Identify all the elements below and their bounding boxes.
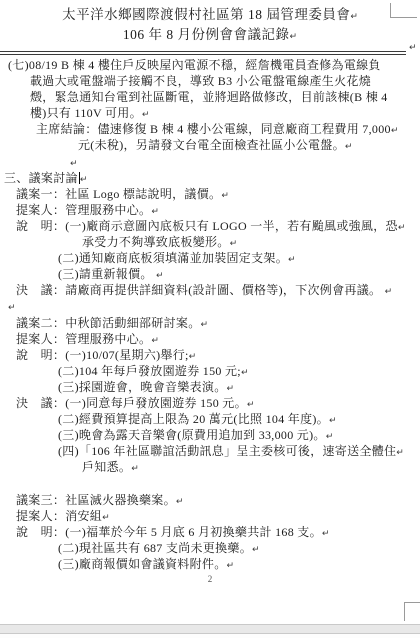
line-text: 三、議案討論 (4, 171, 78, 185)
document-line[interactable]: 戶知悉。↵ (0, 459, 420, 475)
paragraph-mark-icon: ↵ (350, 12, 358, 22)
paragraph-mark-icon: ↵ (396, 448, 404, 458)
line-text: 說 明：(一)福華於今年 5 月底 6 月初換藥共計 168 支。 (16, 525, 322, 539)
paragraph-mark-icon: ↵ (70, 159, 78, 169)
document-line[interactable]: (七)08/19 B 棟 4 樓住戶反映屋內電源不穩，經詹機電員查修為電線負 (0, 57, 420, 73)
document-line[interactable]: 議案一：社區 Logo 標誌說明，議價。↵ (0, 186, 420, 202)
document-title-block: 太平洋水鄉國際渡假村社區第 18 屆管理委員會↵ 106 年 8 月份例會會議記… (0, 6, 420, 46)
paragraph-mark-icon: ↵ (176, 497, 184, 507)
line-text: (二)通知廠商底板須填滿並加裝固定支架。 (58, 251, 288, 265)
paragraph-mark-icon: ↵ (151, 336, 159, 346)
document-line[interactable]: 議案二：中秋節活動細部研討案。↵ (0, 315, 420, 331)
paragraph-mark-icon: ↵ (322, 529, 330, 539)
paragraph-mark-icon: ↵ (345, 142, 353, 152)
document-line[interactable] (0, 475, 420, 491)
document-line[interactable]: 說 明：(一)廠商示意圖內底板只有 LOGO 一半，若有颱風或強風，恐↵ (0, 218, 420, 234)
document-page[interactable]: 太平洋水鄉國際渡假村社區第 18 屆管理委員會↵ 106 年 8 月份例會會議記… (0, 0, 420, 624)
document-line[interactable]: (二)經費預算提高上限為 20 萬元(比照 104 年度)。↵ (0, 411, 420, 427)
line-text: 議案二：中秋節活動細部研討案。 (16, 316, 201, 330)
document-line[interactable]: 元(未稅)，另請發文台電全面檢查社區小公電盤。↵ (0, 137, 420, 153)
document-line[interactable]: (三)廠商報價如會議資料附件。↵ (0, 556, 420, 572)
line-text: 承受力不夠導致底板變形。 (82, 235, 230, 249)
paragraph-mark-icon: ↵ (227, 384, 235, 394)
page-number: 2 (0, 574, 420, 584)
line-text: 元(未稅)，另請發文台電全面檢查社區小公電盤。 (78, 138, 345, 152)
document-title-line-1[interactable]: 太平洋水鄉國際渡假村社區第 18 屆管理委員會↵ (0, 6, 420, 26)
document-line[interactable]: 提案人：消安組↵ (0, 508, 420, 524)
document-line[interactable]: (三)晚會為露天音樂會(原費用追加到 33,000 元)。↵ (0, 427, 420, 443)
line-text: (三)晚會為露天音樂會(原費用追加到 33,000 元)。 (58, 428, 326, 442)
line-text: 燬，緊急通知台電到社區斷電，並將迴路做修改，目前該棟(B 棟 4 (30, 90, 388, 104)
document-line[interactable]: 說 明：(一)10/07(星期六)舉行;↵ (0, 347, 420, 363)
paragraph-mark-icon: ↵ (201, 320, 209, 330)
line-text: 樓)只有 110V 可用。 (30, 106, 142, 120)
paragraph-mark-icon: ↵ (409, 43, 417, 53)
document-line[interactable]: (三)採園遊會，晚會音樂表演。↵ (0, 379, 420, 395)
text-boundary-corner-icon (404, 602, 420, 621)
line-text: 決 議：(一)同意每戶發放園遊券 150 元。 (16, 396, 247, 410)
title-divider-double-rule (0, 51, 406, 55)
document-line[interactable]: 承受力不夠導致底板變形。↵ (0, 234, 420, 250)
line-text: 說 明：(一)10/07(星期六)舉行; (16, 348, 189, 362)
paragraph-mark-icon: ↵ (102, 513, 110, 523)
document-line[interactable]: 提案人：管理服務中心。↵ (0, 331, 420, 347)
document-line[interactable]: 提案人：管理服務中心。↵ (0, 202, 420, 218)
paragraph-mark-icon: ↵ (329, 416, 337, 426)
next-page-edge (0, 634, 420, 638)
line-text: 提案人：消安組 (16, 509, 102, 523)
paragraph-mark-icon: ↵ (398, 223, 406, 233)
line-text: 提案人：管理服務中心。 (16, 332, 151, 346)
paragraph-mark-icon: ↵ (80, 175, 88, 185)
line-text: (二)經費預算提高上限為 20 萬元(比照 104 年度)。 (58, 412, 329, 426)
document-line[interactable]: 載過大或電盤端子接觸不良，導致 B3 小公電盤電線產生火花燒 (0, 73, 420, 89)
line-text: 載過大或電盤端子接觸不良，導致 B3 小公電盤電線產生火花燒 (30, 74, 371, 88)
paragraph-mark-icon: ↵ (221, 191, 229, 201)
paragraph-mark-icon: ↵ (391, 126, 399, 136)
line-text: (二)104 年每戶發放園遊券 150 元; (58, 364, 241, 378)
text-boundary-corner-icon (390, 3, 417, 18)
word-document-view: { "page": { "title_line1": "太平洋水鄉國際渡假村社區… (0, 0, 420, 638)
title-text-1: 太平洋水鄉國際渡假村社區第 18 屆管理委員會 (62, 7, 350, 22)
paragraph-mark-icon: ↵ (189, 352, 197, 362)
document-line[interactable]: ↵ (0, 154, 420, 170)
paragraph-mark-icon: ↵ (385, 287, 393, 297)
document-line[interactable]: 決 議：(一)同意每戶發放園遊券 150 元。↵ (0, 395, 420, 411)
paragraph-mark-icon: ↵ (131, 464, 139, 474)
document-line[interactable]: 樓)只有 110V 可用。↵ (0, 105, 420, 121)
line-text: 決 議：請廠商再提供詳細資料(設計圖、價格等)，下次例會再議。 (16, 283, 385, 297)
paragraph-mark-icon: ↵ (227, 561, 235, 571)
paragraph-mark-icon: ↵ (252, 545, 260, 555)
paragraph-mark-icon: ↵ (247, 400, 255, 410)
document-line[interactable]: (二)104 年每戶發放園遊券 150 元;↵ (0, 363, 420, 379)
line-text: 議案三：社區滅火器換藥案。 (16, 493, 176, 507)
document-line[interactable]: (二)現社區共有 687 支尚未更換藥。↵ (0, 540, 420, 556)
paragraph-mark-icon: ↵ (326, 432, 334, 442)
paragraph-mark-icon: ↵ (151, 207, 159, 217)
paragraph-mark-icon: ↵ (156, 271, 164, 281)
paragraph-mark-icon: ↵ (241, 368, 249, 378)
document-line[interactable]: 決 議：請廠商再提供詳細資料(設計圖、價格等)，下次例會再議。 ↵ (0, 282, 420, 298)
title-text-2: 106 年 8 月份例會會議記錄 (123, 27, 290, 42)
line-text: (二)現社區共有 687 支尚未更換藥。 (58, 541, 252, 555)
line-text: 提案人：管理服務中心。 (16, 203, 151, 217)
paragraph-mark-icon: ↵ (8, 303, 16, 313)
line-text: 戶知悉。 (82, 460, 131, 474)
document-line[interactable]: ↵ (0, 298, 420, 314)
line-text: 議案一：社區 Logo 標誌說明，議價。 (16, 187, 221, 201)
line-text: 說 明：(一)廠商示意圖內底板只有 LOGO 一半，若有颱風或強風，恐 (16, 219, 398, 233)
document-body[interactable]: (七)08/19 B 棟 4 樓住戶反映屋內電源不穩，經詹機電員查修為電線負載過… (0, 57, 420, 572)
document-line[interactable]: 說 明：(一)福華於今年 5 月底 6 月初換藥共計 168 支。↵ (0, 524, 420, 540)
line-text: 主席結論：儘速修復 B 棟 4 樓小公電線，同意廠商工程費用 7,000 (36, 122, 391, 136)
document-line[interactable]: (四)「106 年社區聯誼活動訊息」呈主委核可後，速寄送全體住↵ (0, 443, 420, 459)
document-title-line-2[interactable]: 106 年 8 月份例會會議記錄↵ (0, 26, 420, 46)
line-text: (三)請重新報價。 (58, 267, 156, 281)
line-text: (三)採園遊會，晚會音樂表演。 (58, 380, 227, 394)
line-text: (三)廠商報價如會議資料附件。 (58, 557, 227, 571)
document-line[interactable]: 三、議案討論↵ (0, 170, 420, 186)
paragraph-mark-icon: ↵ (288, 255, 296, 265)
paragraph-mark-icon: ↵ (290, 32, 298, 42)
document-line[interactable]: 議案三：社區滅火器換藥案。↵ (0, 492, 420, 508)
document-line[interactable]: (二)通知廠商底板須填滿並加裝固定支架。↵ (0, 250, 420, 266)
paragraph-mark-icon: ↵ (142, 110, 150, 120)
page-gap-strip (0, 624, 420, 634)
paragraph-mark-icon: ↵ (230, 239, 238, 249)
document-line[interactable]: 燬，緊急通知台電到社區斷電，並將迴路做修改，目前該棟(B 棟 4 (0, 89, 420, 105)
document-line[interactable]: 主席結論：儘速修復 B 棟 4 樓小公電線，同意廠商工程費用 7,000↵ (0, 121, 420, 137)
line-text: (七)08/19 B 棟 4 樓住戶反映屋內電源不穩，經詹機電員查修為電線負 (8, 58, 381, 72)
document-line[interactable]: (三)請重新報價。 ↵ (0, 266, 420, 282)
line-text: (四)「106 年社區聯誼活動訊息」呈主委核可後，速寄送全體住 (58, 444, 396, 458)
